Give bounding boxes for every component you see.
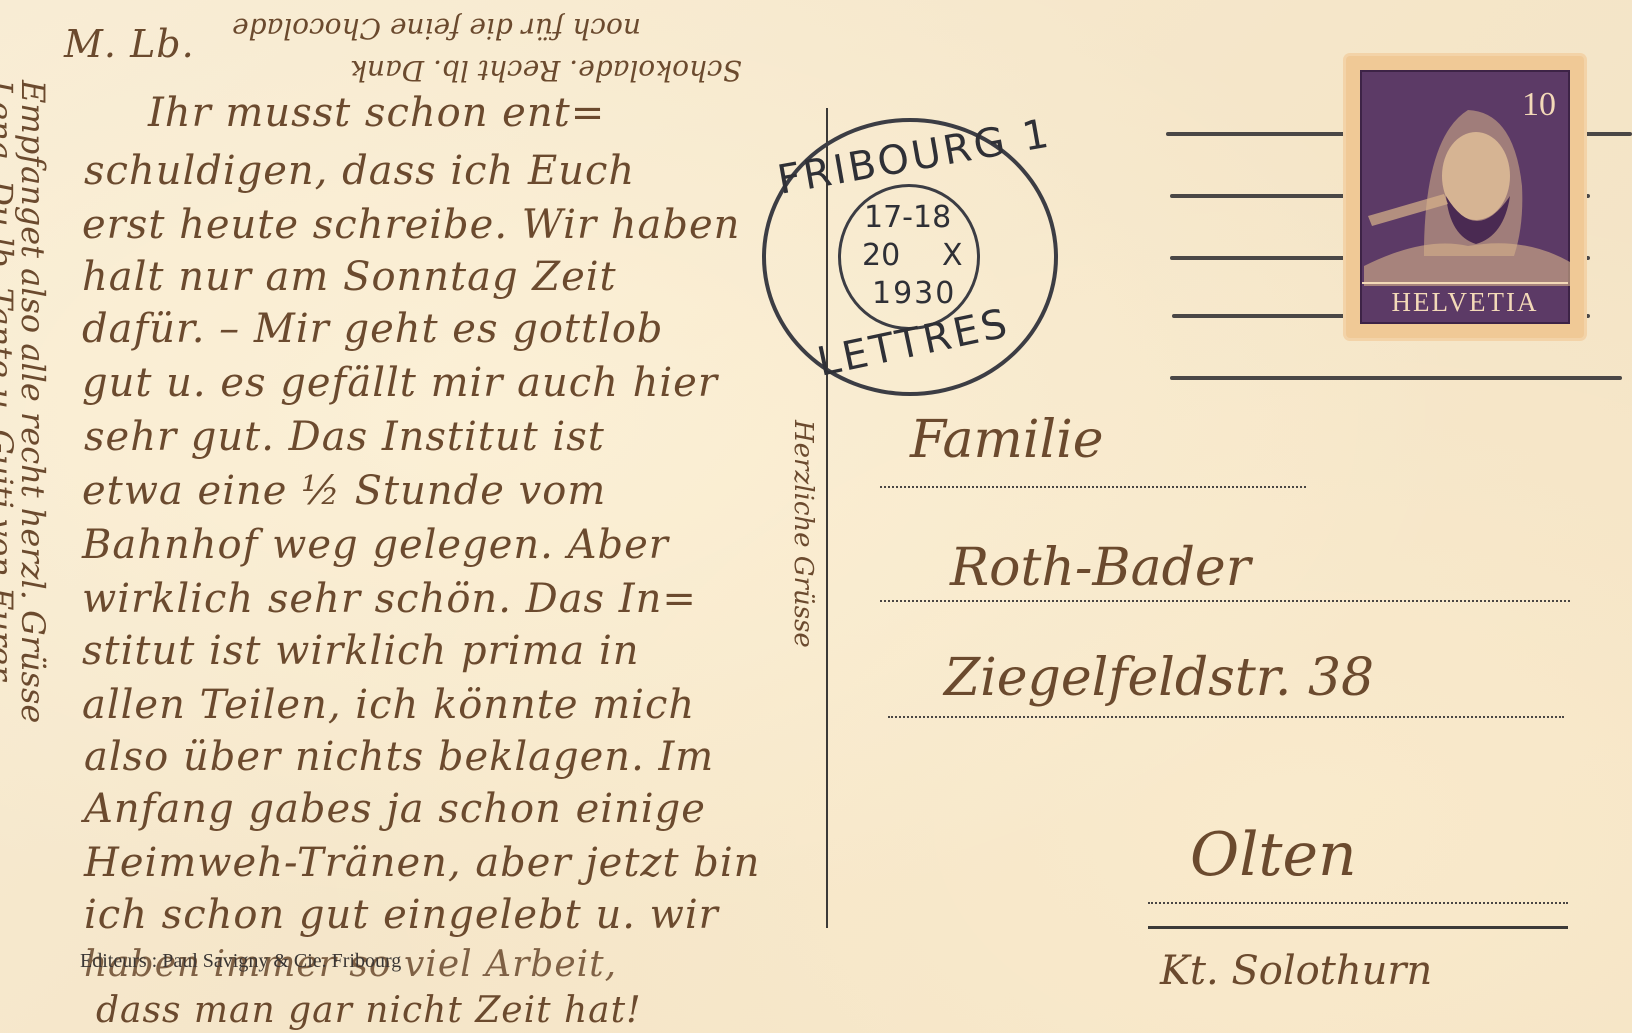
address-line-canton: Kt. Solothurn bbox=[1160, 948, 1432, 994]
stamp-band bbox=[1362, 282, 1568, 284]
address-line-recipient: Familie bbox=[910, 410, 1104, 470]
address-line-street: Ziegelfeldstr. 38 bbox=[944, 648, 1374, 708]
stamp-country: HELVETIA bbox=[1362, 287, 1568, 318]
message-line: dass man gar nicht Zeit hat! bbox=[96, 990, 642, 1031]
message-line: sehr gut. Das Institut ist bbox=[84, 414, 605, 460]
postmark-year: 1930 bbox=[872, 276, 956, 311]
upside-down-note-line-2: Schokolade. Recht lb. Dank bbox=[350, 54, 742, 87]
postcard-back: M. Lb. noch für die feine Chocolade Scho… bbox=[0, 0, 1632, 1033]
postmark-day: 20 bbox=[862, 238, 900, 273]
address-line-city: Olten bbox=[1190, 820, 1357, 890]
postmark-time: 17-18 bbox=[864, 200, 951, 235]
upside-down-note-line-1: noch für die feine Chocolade bbox=[232, 12, 641, 45]
stamp-value: 10 bbox=[1522, 86, 1556, 124]
address-dotted-line bbox=[880, 600, 1570, 602]
address-solid-line bbox=[1148, 926, 1568, 929]
publisher-imprint: Editeurs : Paul Savigny & Cie. Fribourg bbox=[80, 950, 401, 973]
message-line: also über nichts beklagen. Im bbox=[84, 734, 714, 780]
message-line: erst heute schreibe. Wir haben bbox=[82, 202, 740, 248]
message-line: Heimweh-Tränen, aber jetzt bin bbox=[84, 840, 760, 886]
message-line: Ihr musst schon ent= bbox=[148, 90, 605, 136]
message-line: etwa eine ½ Stunde vom bbox=[82, 468, 606, 514]
message-line: Bahnhof weg gelegen. Aber bbox=[82, 522, 669, 568]
address-dotted-line bbox=[1148, 902, 1568, 904]
message-line: gut u. es gefällt mir auch hier bbox=[82, 360, 718, 406]
address-dotted-line bbox=[888, 716, 1564, 718]
message-line: allen Teilen, ich könnte mich bbox=[82, 682, 695, 728]
left-margin-note-2: Lena. Du lb. Tante u. Guiti von Eurer bbox=[0, 80, 20, 680]
postage-stamp: 10 HELVETIA bbox=[1346, 56, 1584, 338]
address-dotted-line bbox=[880, 486, 1306, 488]
message-line: Anfang gabes ja schon einige bbox=[84, 786, 706, 832]
message-line: dafür. – Mir geht es gottlob bbox=[82, 306, 664, 352]
message-line: ich schon gut eingelebt u. wir bbox=[84, 892, 719, 938]
divider-margin-note: Herzliche Grüsse bbox=[788, 420, 818, 648]
stamp-portrait: 10 HELVETIA bbox=[1360, 70, 1570, 324]
cancellation-line bbox=[1170, 376, 1622, 380]
postmark: FRIBOURG 1 17-18 20 X 1930 LETTRES bbox=[762, 118, 1058, 396]
address-line-name: Roth-Bader bbox=[950, 538, 1251, 598]
message-line: halt nur am Sonntag Zeit bbox=[82, 254, 617, 300]
message-line: wirklich sehr schön. Das In= bbox=[82, 576, 697, 622]
postmark-month: X bbox=[942, 238, 963, 273]
message-line: schuldigen, dass ich Euch bbox=[84, 148, 635, 194]
message-line: stitut ist wirklich prima in bbox=[82, 628, 640, 674]
salutation: M. Lb. bbox=[64, 22, 195, 66]
